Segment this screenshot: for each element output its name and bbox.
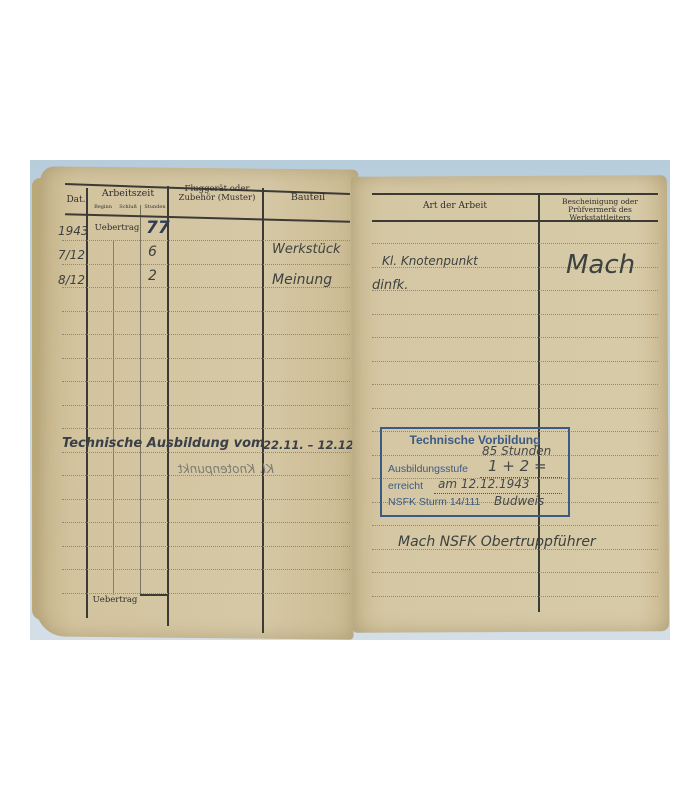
header-component: Bauteil	[268, 193, 348, 203]
carry-label-bottom: Uebertrag	[90, 596, 140, 605]
stamp-hours-written: 85 Stunden	[482, 444, 551, 458]
stamp-level-value: 1 + 2 =	[488, 457, 547, 475]
signature-2: Mach NSFK Obertruppführer	[398, 534, 596, 550]
row-2-component: Werkstück	[272, 242, 341, 257]
header-work-type: Art der Arbeit	[372, 202, 538, 211]
ruled-line	[62, 522, 350, 523]
row-2-hours: 6	[148, 244, 157, 260]
header-certification: Bescheinigung oder Prüfvermerk des Werks…	[541, 198, 659, 222]
ruled-line	[372, 243, 658, 244]
row-2-date: 7/12	[58, 248, 85, 262]
stamp-level-label: Ausbildungsstufe	[388, 463, 468, 475]
carry-total-rule	[140, 594, 167, 596]
ruled-line	[372, 314, 658, 315]
stamp-unit-place: Budweis	[494, 494, 544, 508]
row-3-component: Meinung	[272, 272, 332, 288]
signature-1: Mach	[566, 250, 635, 280]
right-top-rule	[372, 193, 658, 195]
date-column-divider	[86, 188, 88, 618]
stamp-reached-value: am 12.12.1943	[438, 477, 530, 491]
ruled-line	[372, 337, 658, 338]
training-stamp: Technische Vorbildung 85 Stunden Ausbild…	[380, 427, 570, 517]
work-entry-2: dinfk.	[372, 278, 408, 293]
ruled-line	[62, 264, 350, 265]
ruled-line	[372, 384, 658, 385]
hours-column-divider	[167, 186, 169, 626]
header-hours: Stunden	[142, 205, 168, 210]
ruled-line	[62, 569, 350, 570]
ruled-line	[62, 499, 350, 500]
ruled-line	[62, 358, 350, 359]
ruled-line	[372, 572, 658, 573]
carry-value-top: 77	[146, 218, 170, 238]
row-1-date: 1943	[58, 224, 89, 238]
stamp-unit-label: NSFK Sturm 14/111	[388, 496, 480, 508]
header-end: Schluß	[116, 205, 140, 210]
work-entry-1: Kl. Knotenpunkt	[382, 254, 478, 268]
ruled-line	[372, 408, 658, 409]
ruled-line	[372, 290, 658, 291]
ruled-line	[372, 361, 658, 362]
ruled-line	[62, 405, 350, 406]
ruled-line	[62, 593, 350, 594]
ruled-line	[62, 428, 350, 429]
ruled-line	[62, 334, 350, 335]
time-end-divider	[113, 240, 114, 595]
ruled-line	[62, 311, 350, 312]
row-3-hours: 2	[148, 268, 157, 284]
aircraft-column-divider	[262, 188, 264, 633]
carry-label-top: Uebertrag	[92, 224, 142, 233]
header-work-time: Arbeitszeit	[88, 189, 168, 199]
training-note: Technische Ausbildung vom	[62, 436, 265, 451]
row-3-date: 8/12	[58, 273, 85, 287]
header-start: Beginn	[90, 205, 116, 210]
ruled-line	[62, 381, 350, 382]
stamp-reached-label: erreicht	[388, 480, 423, 492]
bleed-through-text: Kl. Knotenpunkt	[178, 462, 274, 476]
header-aircraft: Fluggerät oder Zubehör (Muster)	[172, 185, 262, 203]
ruled-line	[62, 546, 350, 547]
ruled-line	[62, 240, 350, 241]
ruled-line	[372, 525, 658, 526]
header-date: Dat.	[66, 196, 86, 205]
ruled-line	[372, 596, 658, 597]
